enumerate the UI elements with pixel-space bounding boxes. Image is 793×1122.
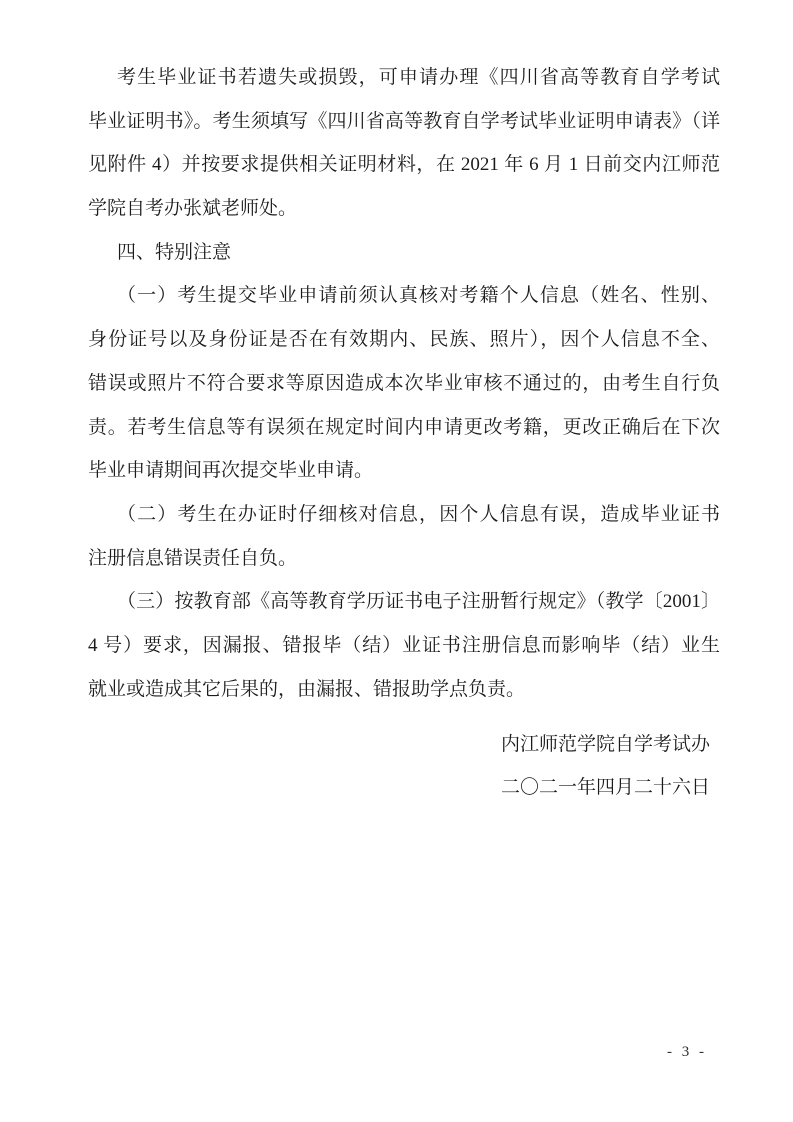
document-body: 考生毕业证书若遗失或损毁，可申请办理《四川省高等教育自学考试毕业证明书》。考生须…	[88, 56, 720, 711]
signature-block: 内江师范学院自学考试办 二〇二一年四月二十六日	[501, 723, 710, 809]
text-line: 四、特别注意	[88, 231, 720, 275]
text-line: 见附件 4）并按要求提供相关证明材料，在 2021 年 6 月 1 日前交内江师…	[88, 143, 720, 187]
text-line: 就业或造成其它后果的，由漏报、错报助学点负责。	[88, 668, 720, 712]
text-line: （三）按教育部《高等教育学历证书电子注册暂行规定》（教学〔2001〕	[88, 580, 720, 624]
text-line: 责。若考生信息等有误须在规定时间内申请更改考籍，更改正确后在下次	[88, 406, 720, 450]
text-line: （一）考生提交毕业申请前须认真核对考籍个人信息（姓名、性别、	[88, 274, 720, 318]
text-line: 考生毕业证书若遗失或损毁，可申请办理《四川省高等教育自学考试	[88, 56, 720, 100]
text-line: 身份证号以及身份证是否在有效期内、民族、照片），因个人信息不全、	[88, 318, 720, 362]
document-page: 考生毕业证书若遗失或损毁，可申请办理《四川省高等教育自学考试毕业证明书》。考生须…	[0, 0, 793, 1122]
text-line: 毕业申请期间再次提交毕业申请。	[88, 449, 720, 493]
text-line: 4 号）要求，因漏报、错报毕（结）业证书注册信息而影响毕（结）业生	[88, 624, 720, 668]
page-number: - 3 -	[667, 1042, 707, 1062]
text-line: 毕业证明书》。考生须填写《四川省高等教育自学考试毕业证明申请表》（详	[88, 100, 720, 144]
text-line: 学院自考办张斌老师处。	[88, 187, 720, 231]
text-line: （二）考生在办证时仔细核对信息，因个人信息有误，造成毕业证书	[88, 493, 720, 537]
text-line: 注册信息错误责任自负。	[88, 537, 720, 581]
signature-date: 二〇二一年四月二十六日	[501, 766, 710, 809]
text-line: 错误或照片不符合要求等原因造成本次毕业审核不通过的，由考生自行负	[88, 362, 720, 406]
signature-organization: 内江师范学院自学考试办	[501, 723, 710, 766]
